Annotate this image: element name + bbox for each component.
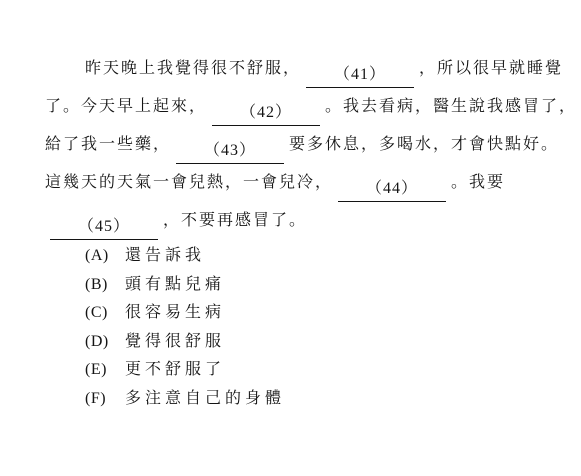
option-letter: (D) — [85, 328, 125, 357]
blank-43: （43） — [176, 139, 284, 164]
passage-line: 給了我一些藥，（43）要多休息，多喝水，才會快點好。 — [45, 126, 575, 164]
option-text: 頭有點兒痛 — [125, 271, 225, 300]
passage-text: ，所以很早就睡覺 — [419, 60, 563, 77]
option-text: 還告訴我 — [125, 242, 205, 271]
passage-text: ，不要再感冒了。 — [163, 212, 307, 229]
passage-line: 昨天晚上我覺得很不舒服，（41），所以很早就睡覺 — [45, 50, 575, 88]
blank-44: （44） — [338, 177, 446, 202]
option-text: 多注意自己的身體 — [125, 385, 285, 414]
option-text: 覺得很舒服 — [125, 328, 225, 357]
option-letter: (E) — [85, 356, 125, 385]
answer-options-list: (A)還告訴我(B)頭有點兒痛(C)很容易生病(D)覺得很舒服(E)更不舒服了(… — [85, 242, 285, 413]
option-row-f: (F)多注意自己的身體 — [85, 385, 285, 414]
passage-text: 這幾天的天氣一會兒熱，一會兒冷， — [45, 174, 333, 191]
option-row-b: (B)頭有點兒痛 — [85, 271, 285, 300]
passage-text: 。我要 — [451, 174, 505, 191]
blank-45: （45） — [50, 215, 158, 240]
option-row-d: (D)覺得很舒服 — [85, 328, 285, 357]
test-page: 昨天晚上我覺得很不舒服，（41），所以很早就睡覺了。今天早上起來，（42）。我去… — [0, 0, 581, 476]
option-row-c: (C)很容易生病 — [85, 299, 285, 328]
passage-text: 要多休息，多喝水，才會快點好。 — [289, 136, 559, 153]
blank-41: （41） — [306, 63, 414, 88]
option-letter: (C) — [85, 299, 125, 328]
passage-line: 了。今天早上起來，（42）。我去看病，醫生說我感冒了， — [45, 88, 575, 126]
passage-text: 昨天晚上我覺得很不舒服， — [85, 60, 301, 77]
cloze-passage: 昨天晚上我覺得很不舒服，（41），所以很早就睡覺了。今天早上起來，（42）。我去… — [45, 50, 575, 240]
option-letter: (B) — [85, 271, 125, 300]
option-text: 更不舒服了 — [125, 356, 225, 385]
passage-text: 了。今天早上起來， — [45, 98, 207, 115]
passage-line: （45），不要再感冒了。 — [45, 202, 575, 240]
option-text: 很容易生病 — [125, 299, 225, 328]
option-row-a: (A)還告訴我 — [85, 242, 285, 271]
option-row-e: (E)更不舒服了 — [85, 356, 285, 385]
option-letter: (A) — [85, 242, 125, 271]
blank-42: （42） — [212, 101, 320, 126]
passage-text: 。我去看病，醫生說我感冒了， — [325, 98, 577, 115]
option-letter: (F) — [85, 385, 125, 414]
passage-line: 這幾天的天氣一會兒熱，一會兒冷，（44）。我要 — [45, 164, 575, 202]
passage-text: 給了我一些藥， — [45, 136, 171, 153]
